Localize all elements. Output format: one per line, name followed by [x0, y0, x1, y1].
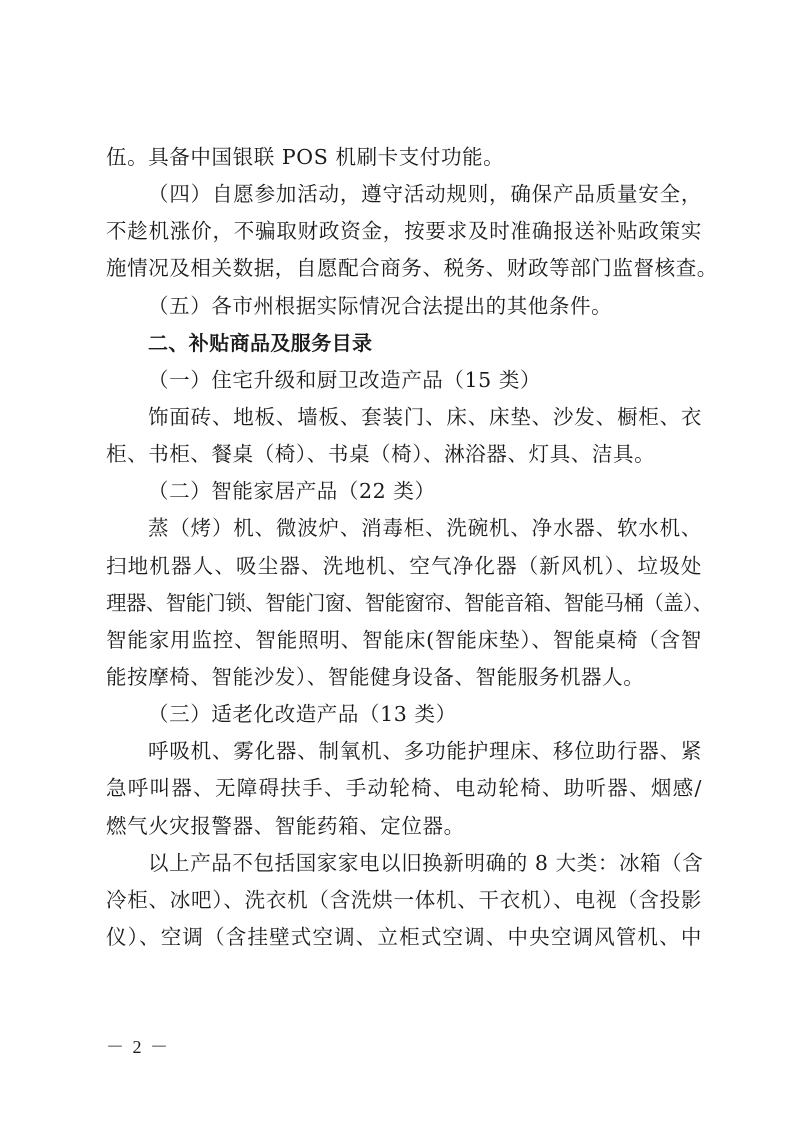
paragraph-line: 智能家用监控、智能照明、智能床(智能床垫）、智能桌椅（含智 — [106, 622, 702, 659]
paragraph-line: 以上产品不包括国家家电以旧换新明确的 8 大类：冰箱（含 — [106, 845, 702, 882]
paragraph-line: 仪）、空调（含挂壁式空调、立柜式空调、中央空调风管机、中 — [106, 919, 702, 956]
section-heading: 二、补贴商品及服务目录 — [106, 325, 702, 362]
subsection-heading: （一）住宅升级和厨卫改造产品（15 类） — [106, 362, 702, 399]
paragraph-line: 柜、书柜、餐桌（椅）、书桌（椅）、淋浴器、灯具、洁具。 — [106, 436, 702, 473]
paragraph-line: 施情况及相关数据，自愿配合商务、税务、财政等部门监督核查。 — [106, 250, 702, 287]
paragraph-line: 不趁机涨价，不骗取财政资金，按要求及时准确报送补贴政策实 — [106, 213, 702, 250]
paragraph-line: （五）各市州根据实际情况合法提出的其他条件。 — [106, 288, 702, 325]
paragraph-line: 理器、智能门锁、智能门窗、智能窗帘、智能音箱、智能马桶（盖）、 — [106, 585, 702, 622]
paragraph-line: 能按摩椅、智能沙发）、智能健身设备、智能服务机器人。 — [106, 659, 702, 696]
paragraph-line: （四）自愿参加活动，遵守活动规则，确保产品质量安全， — [106, 176, 702, 213]
document-body: 伍。具备中国银联 POS 机刷卡支付功能。 （四）自愿参加活动，遵守活动规则，确… — [106, 139, 702, 956]
subsection-heading: （二）智能家居产品（22 类） — [106, 473, 702, 510]
paragraph-line: 伍。具备中国银联 POS 机刷卡支付功能。 — [106, 139, 702, 176]
subsection-heading: （三）适老化改造产品（13 类） — [106, 696, 702, 733]
paragraph-line: 扫地机器人、吸尘器、洗地机、空气净化器（新风机）、垃圾处 — [106, 548, 702, 585]
paragraph-line: 冷柜、冰吧）、洗衣机（含洗烘一体机、干衣机）、电视（含投影 — [106, 882, 702, 919]
paragraph-line: 急呼叫器、无障碍扶手、手动轮椅、电动轮椅、助听器、烟感/ — [106, 770, 702, 807]
paragraph-line: 呼吸机、雾化器、制氧机、多功能护理床、移位助行器、紧 — [106, 733, 702, 770]
paragraph-line: 蒸（烤）机、微波炉、消毒柜、洗碗机、净水器、软水机、 — [106, 510, 702, 547]
paragraph-line: 饰面砖、地板、墙板、套装门、床、床垫、沙发、橱柜、衣 — [106, 399, 702, 436]
paragraph-line: 燃气火灾报警器、智能药箱、定位器。 — [106, 808, 702, 845]
page-number: － 2 － — [106, 1033, 170, 1059]
